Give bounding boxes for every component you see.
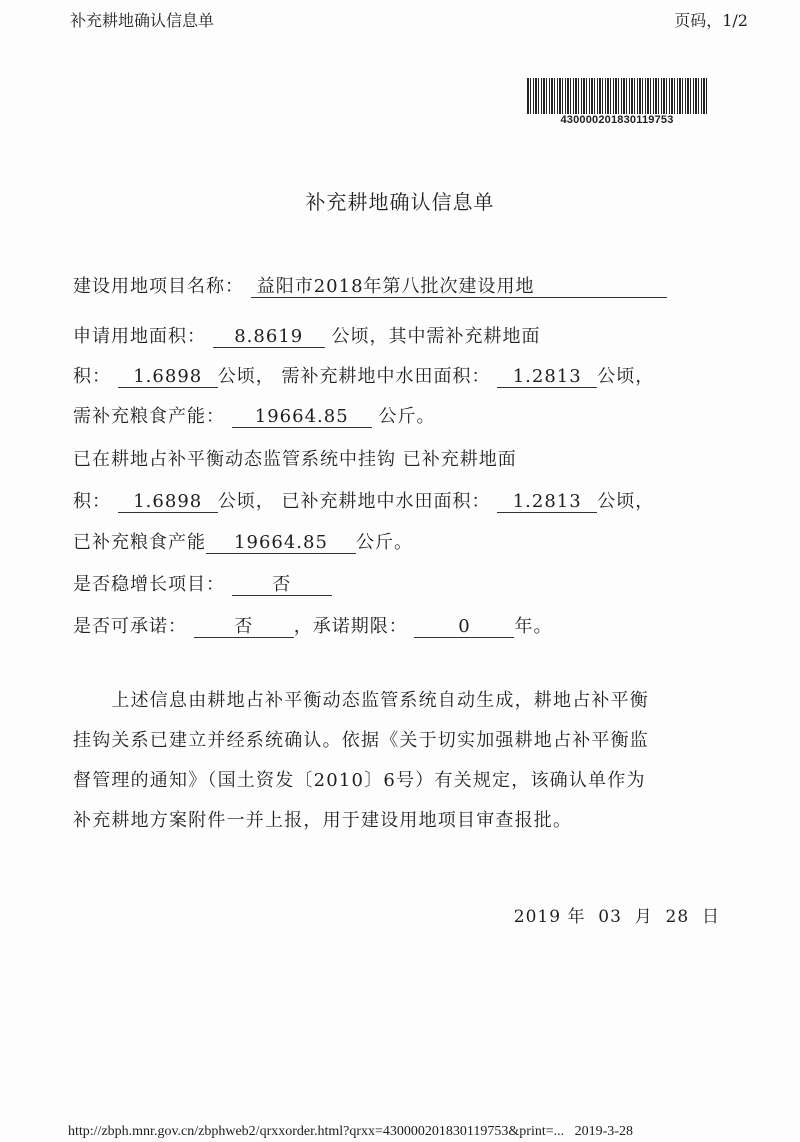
paragraph-line: 挂钩关系已建立并经系统确认。依据《关于切实加强耕地占补平衡监 xyxy=(73,721,733,761)
promise-period-suffix: 年。 xyxy=(514,616,552,637)
paragraph-line: 督管理的通知》（国土资发〔2010〕6号）有关规定，该确认单作为 xyxy=(73,761,733,801)
need-area-row: 积： 1.6898公顷， 需补充耕地中水田面积： 1.2813公顷， xyxy=(73,362,654,388)
done-grain-value: 19664.85 xyxy=(206,533,356,554)
hooked-line: 已在耕地占补平衡动态监管系统中挂钩 已补充耕地面 xyxy=(73,445,517,471)
apply-area-label: 申请用地面积： xyxy=(73,326,206,347)
apply-area-value: 8.8619 xyxy=(213,327,325,348)
date-year-unit: 年 xyxy=(567,907,585,927)
promise-period-value: 0 xyxy=(414,617,514,638)
date-day-unit: 日 xyxy=(702,907,720,927)
apply-area-row: 申请用地面积： 8.8619 公顷，其中需补充耕地面 xyxy=(73,322,540,348)
need-paddy-value: 1.2813 xyxy=(497,367,597,388)
promise-value: 否 xyxy=(194,617,294,638)
paragraph-line: 上述信息由耕地占补平衡动态监管系统自动生成，耕地占补平衡 xyxy=(73,681,733,721)
page-number: 页码，1/2 xyxy=(674,8,748,31)
done-area-label: 积： xyxy=(73,491,111,512)
need-grain-row: 需补充粮食产能： 19664.85 公斤。 xyxy=(73,402,435,428)
issue-date: 2019 年 03 月 28 日 xyxy=(514,902,720,927)
footer-url: http://zbph.mnr.gov.cn/zbphweb2/qrxxorde… xyxy=(68,1124,564,1139)
done-grain-label: 已补充粮食产能 xyxy=(73,532,206,553)
apply-area-suffix: 公顷，其中需补充耕地面 xyxy=(331,326,540,347)
header-doc-name: 补充耕地确认信息单 xyxy=(70,8,214,31)
confirmation-paragraph: 上述信息由耕地占补平衡动态监管系统自动生成，耕地占补平衡 挂钩关系已建立并经系统… xyxy=(73,681,733,841)
barcode-number: 430000201830119753 xyxy=(527,114,707,126)
done-paddy-value: 1.2813 xyxy=(497,492,597,513)
project-name-label: 建设用地项目名称： xyxy=(73,276,244,297)
date-month-unit: 月 xyxy=(635,907,653,927)
done-area-value: 1.6898 xyxy=(118,492,218,513)
need-grain-label: 需补充粮食产能： xyxy=(73,406,225,427)
steady-growth-label: 是否稳增长项目： xyxy=(73,574,225,595)
print-footer: http://zbph.mnr.gov.cn/zbphweb2/qrxxorde… xyxy=(68,1124,633,1140)
need-area-suffix: 公顷， xyxy=(218,366,275,387)
done-grain-suffix: 公斤。 xyxy=(356,532,413,553)
done-area-row: 积： 1.6898公顷， 已补充耕地中水田面积： 1.2813公顷， xyxy=(73,487,654,513)
need-area-label: 积： xyxy=(73,366,111,387)
project-name-value: 益阳市2018年第八批次建设用地 xyxy=(251,277,667,298)
date-year: 2019 xyxy=(514,907,561,927)
done-grain-row: 已补充粮食产能19664.85公斤。 xyxy=(73,528,413,554)
done-paddy-label: 已补充耕地中水田面积： xyxy=(281,491,490,512)
done-area-suffix: 公顷， xyxy=(218,491,275,512)
promise-label: 是否可承诺： xyxy=(73,616,187,637)
project-name-row: 建设用地项目名称： 益阳市2018年第八批次建设用地 xyxy=(73,272,667,298)
barcode-icon xyxy=(527,78,707,114)
need-area-value: 1.6898 xyxy=(118,367,218,388)
date-day: 28 xyxy=(666,907,690,927)
done-paddy-suffix: 公顷， xyxy=(597,491,654,512)
steady-growth-row: 是否稳增长项目： 否 xyxy=(73,570,332,596)
steady-growth-value: 否 xyxy=(232,575,332,596)
page-title: 补充耕地确认信息单 xyxy=(0,186,800,215)
promise-period-label: ，承诺期限： xyxy=(294,616,408,637)
need-grain-value: 19664.85 xyxy=(232,407,372,428)
need-paddy-suffix: 公顷， xyxy=(597,366,654,387)
promise-row: 是否可承诺： 否，承诺期限： 0年。 xyxy=(73,612,552,638)
paragraph-line: 补充耕地方案附件一并上报，用于建设用地项目审查报批。 xyxy=(73,801,733,841)
footer-print-date: 2019-3-28 xyxy=(575,1124,633,1139)
need-grain-suffix: 公斤。 xyxy=(378,406,435,427)
need-paddy-label: 需补充耕地中水田面积： xyxy=(281,366,490,387)
date-month: 03 xyxy=(598,907,622,927)
